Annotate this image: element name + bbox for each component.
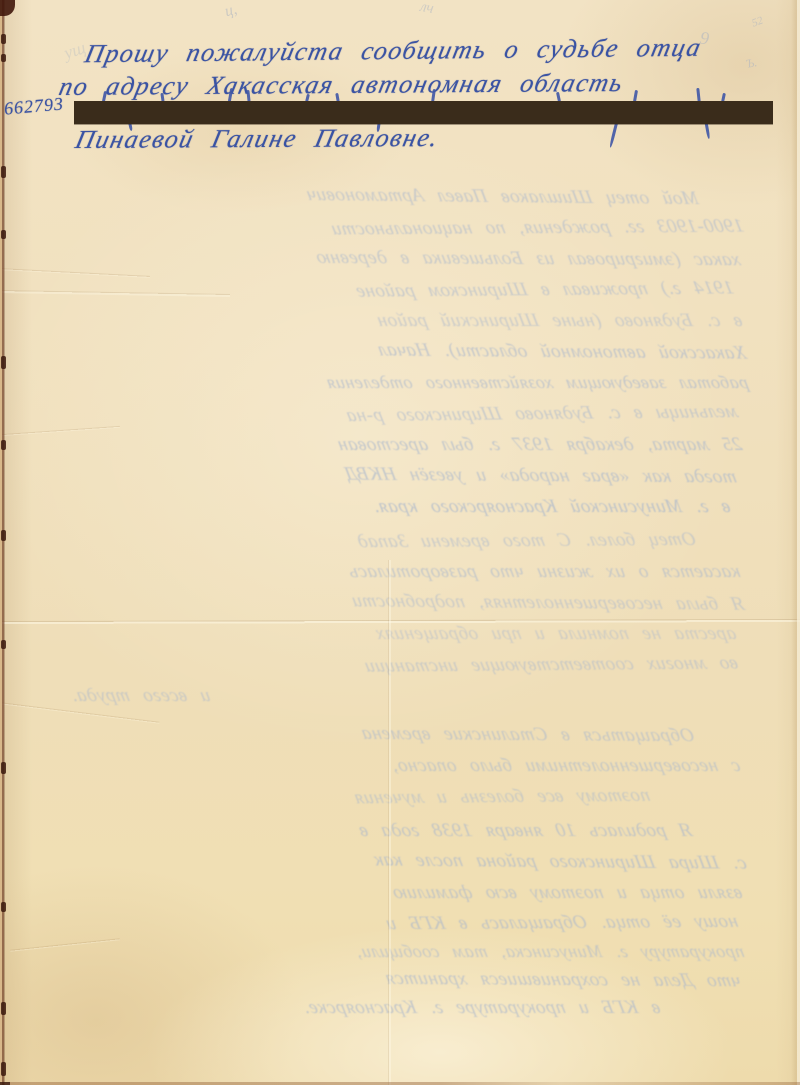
- edge-blob: [1, 34, 6, 44]
- letter-line-4: Пинаевой Галине Павловне.: [72, 123, 442, 155]
- redacted-line-stroke: [696, 88, 700, 102]
- redacted-line-descender: [705, 122, 711, 139]
- edge-blob: [1, 54, 6, 62]
- letter-line-1: Прошу пожалуйста сообщить о судьбе отца: [82, 33, 705, 69]
- letter-line-2: по адресу Хакасская автономная область: [56, 68, 626, 102]
- edge-blob: [1, 530, 6, 541]
- edge-blob: [1, 1062, 6, 1076]
- edge-blob: [1, 166, 6, 178]
- scanned-letter-page: Мой отец Шишлаков Павел Артамонович 1900…: [0, 0, 800, 1085]
- edge-blob: [1, 762, 6, 774]
- edge-blob: [1, 640, 6, 649]
- edge-blob: [1, 356, 6, 369]
- archive-number: 662793: [3, 93, 65, 119]
- redaction-bar: [74, 101, 773, 124]
- handwritten-ink-text: Прошу пожалуйста сообщить о судьбе отца …: [0, 0, 800, 1085]
- scan-edge-left: [0, 0, 7, 1085]
- edge-blob: [1, 440, 6, 450]
- edge-blob: [1, 230, 6, 239]
- edge-blob: [1, 1002, 6, 1015]
- redacted-line-descender: [609, 122, 618, 148]
- scan-edge-right: [788, 0, 800, 1085]
- edge-blob: [1, 902, 6, 912]
